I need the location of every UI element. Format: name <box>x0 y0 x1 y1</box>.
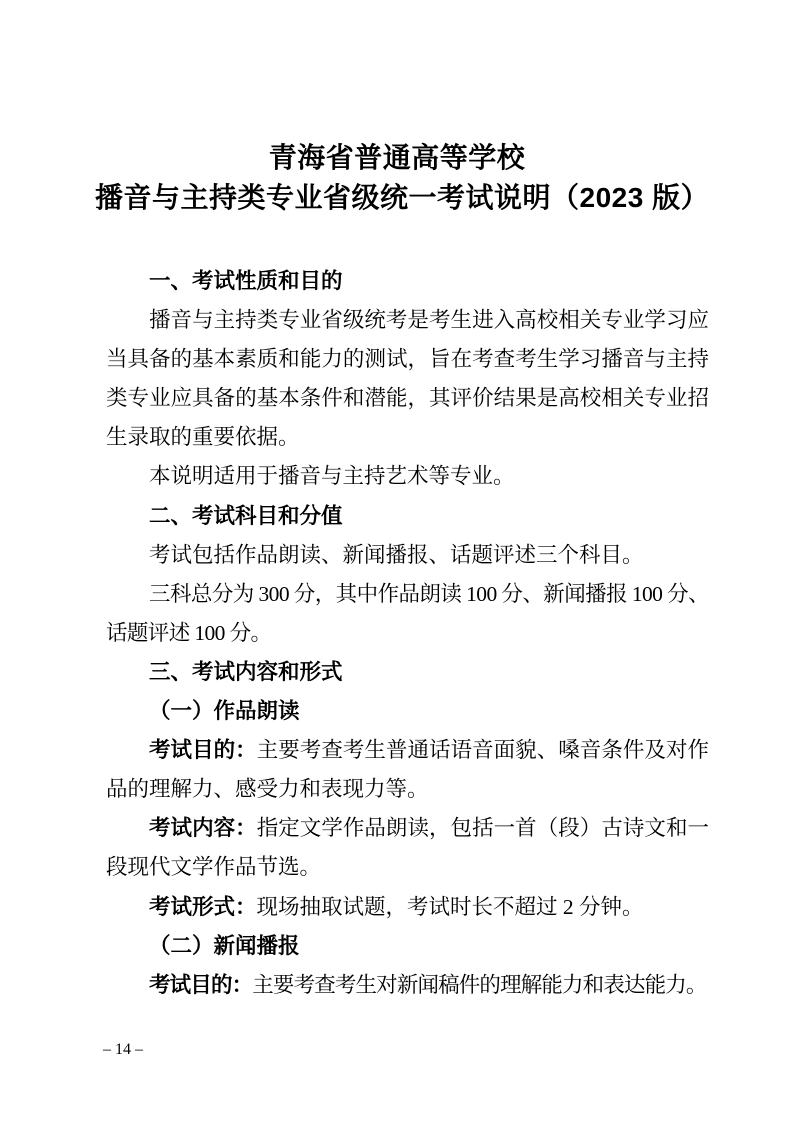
exam-item-purpose: 考试目的：主要考查考生对新闻稿件的理解能力和表达能力。 <box>106 966 709 1005</box>
document-page: 青海省普通高等学校 播音与主持类专业省级统一考试说明（2023 版） 一、考试性… <box>0 0 794 1123</box>
subsection-1-heading: （一）作品朗读 <box>106 692 709 731</box>
section-2-paragraph-2: 三科总分为 300 分，其中作品朗读 100 分、新闻播报 100 分、话题评述… <box>106 575 709 653</box>
exam-item-content: 考试内容：指定文学作品朗读，包括一首（段）古诗文和一段现代文学作品节选。 <box>106 809 709 887</box>
exam-item-label: 考试目的： <box>149 738 257 762</box>
exam-item-format: 考试形式：现场抽取试题，考试时长不超过 2 分钟。 <box>106 888 709 927</box>
document-body: 一、考试性质和目的 播音与主持类专业省级统考是考生进入高校相关专业学习应当具备的… <box>106 262 709 1005</box>
section-1-heading: 一、考试性质和目的 <box>106 262 709 301</box>
exam-item-text: 现场抽取试题，考试时长不超过 2 分钟。 <box>257 895 644 919</box>
document-title: 青海省普通高等学校 播音与主持类专业省级统一考试说明（2023 版） <box>95 138 699 218</box>
document-title-line-2: 播音与主持类专业省级统一考试说明（2023 版） <box>95 178 699 218</box>
document-title-line-1: 青海省普通高等学校 <box>95 138 699 178</box>
exam-item-label: 考试目的： <box>149 973 252 997</box>
subsection-2-heading: （二）新闻播报 <box>106 927 709 966</box>
section-1-paragraph-1: 播音与主持类专业省级统考是考生进入高校相关专业学习应当具备的基本素质和能力的测试… <box>106 301 709 457</box>
section-2-heading: 二、考试科目和分值 <box>106 497 709 536</box>
section-3-heading: 三、考试内容和形式 <box>106 653 709 692</box>
exam-item-label: 考试形式： <box>149 895 257 919</box>
page-number: – 14 – <box>103 1040 143 1060</box>
section-2-paragraph-1: 考试包括作品朗读、新闻播报、话题评述三个科目。 <box>106 536 709 575</box>
exam-item-purpose: 考试目的：主要考查考生普通话语音面貌、嗓音条件及对作品的理解力、感受力和表现力等… <box>106 731 709 809</box>
exam-item-text: 主要考查考生对新闻稿件的理解能力和表达能力。 <box>252 973 706 997</box>
section-1-paragraph-2: 本说明适用于播音与主持艺术等专业。 <box>106 457 709 496</box>
exam-item-label: 考试内容： <box>149 816 257 840</box>
